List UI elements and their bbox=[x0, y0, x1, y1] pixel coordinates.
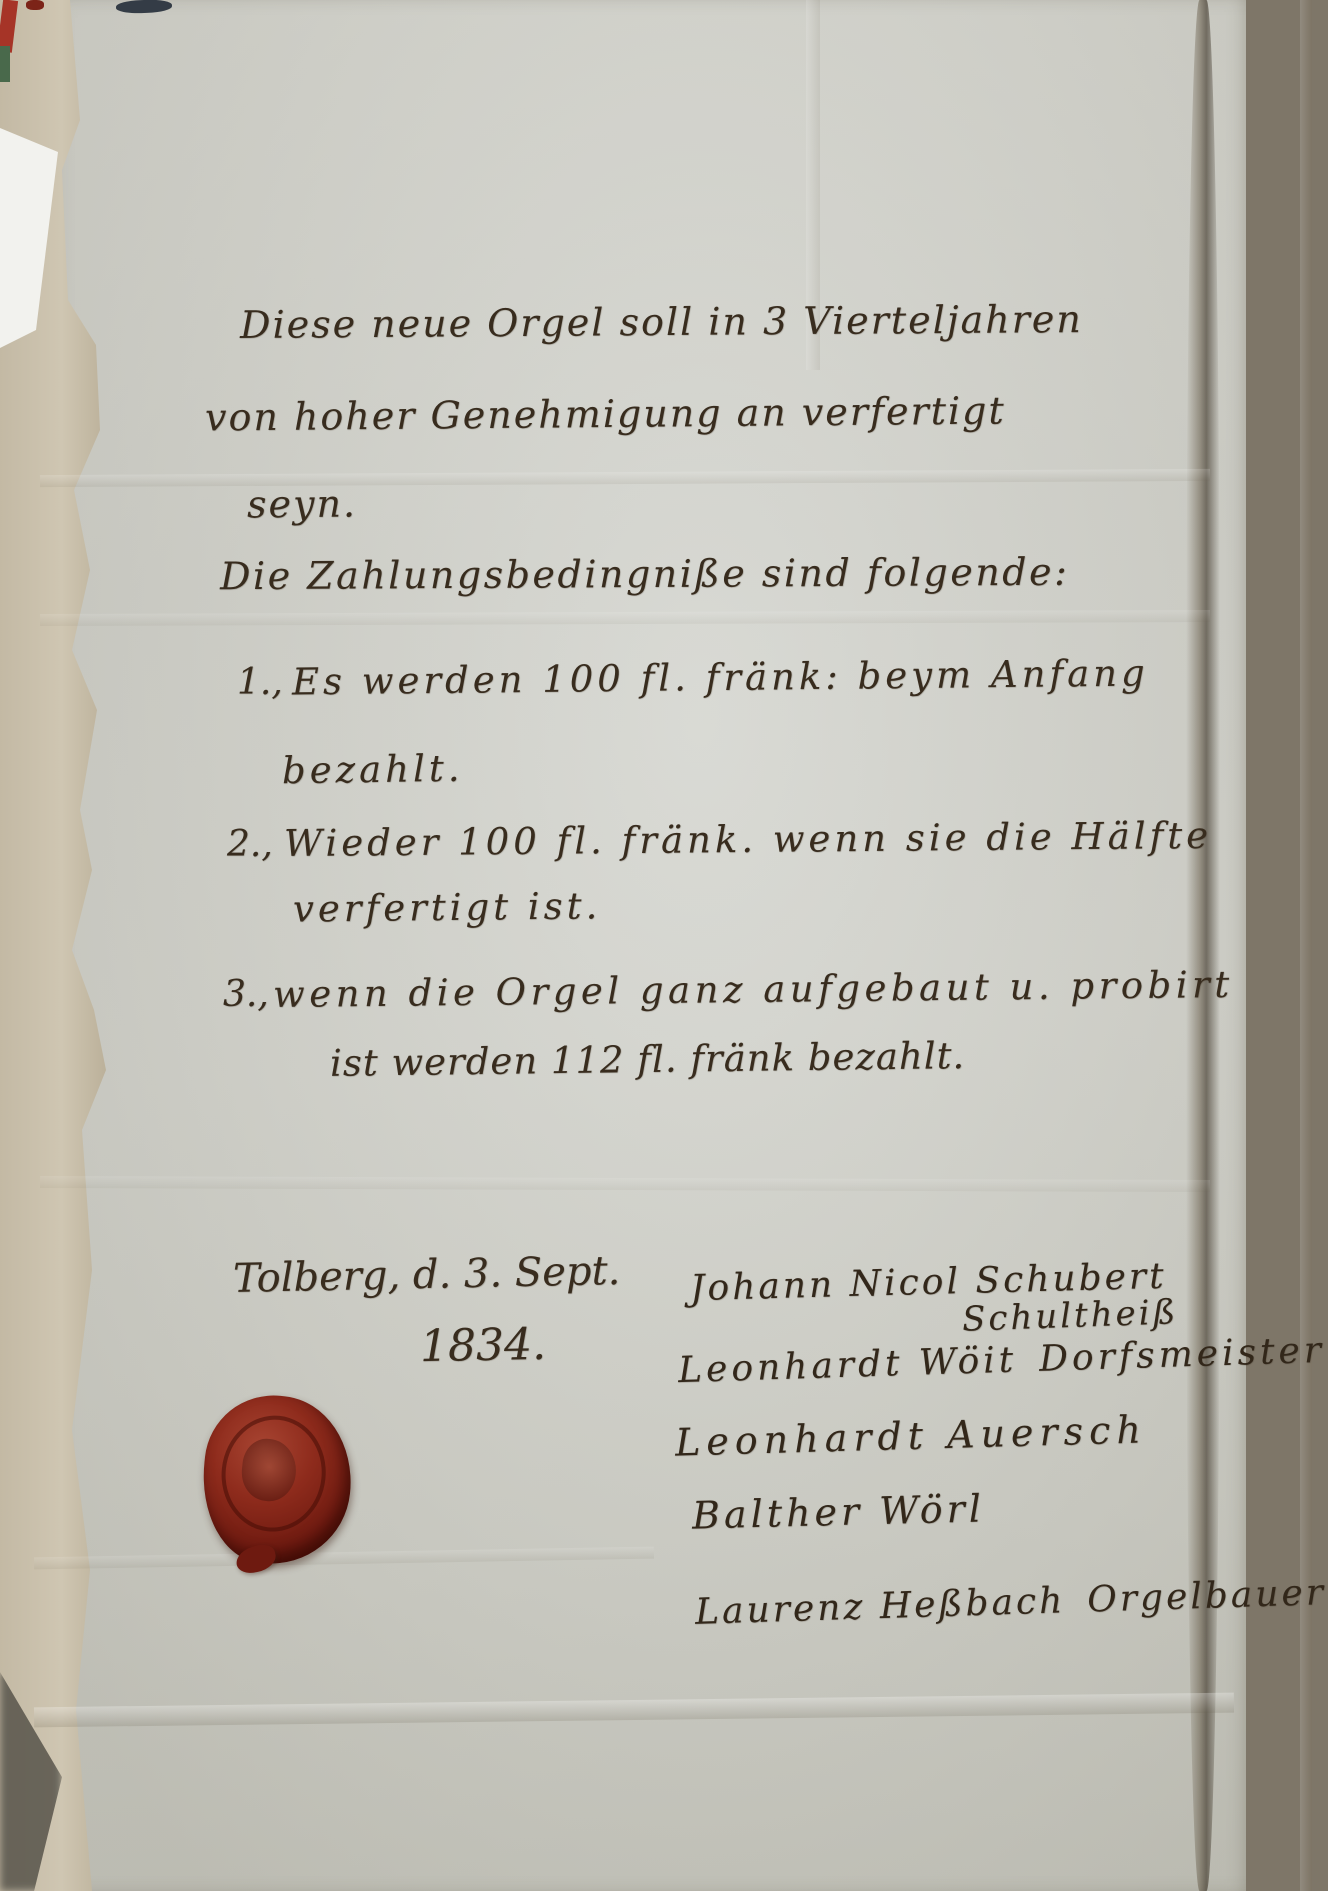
payment-item-line: ist werden 112 fl. fränk bezahlt. bbox=[330, 1034, 966, 1085]
paragraph-line: Diese neue Orgel soll in 3 Vierteljahren bbox=[240, 297, 1083, 347]
green-edge-mark bbox=[0, 46, 10, 82]
paragraph-line: von hoher Genehmigung an verfertigt bbox=[205, 389, 1006, 440]
payment-item-number: 2., bbox=[227, 824, 273, 865]
document-photo: Diese neue Orgel soll in 3 Vierteljahren… bbox=[0, 0, 1328, 1891]
signature-gap bbox=[1066, 1612, 1088, 1613]
signature-name: Balther Wörl bbox=[692, 1486, 986, 1537]
payment-item-number: 1., bbox=[237, 662, 283, 703]
paragraph-line: seyn. bbox=[247, 482, 357, 527]
signature-gap bbox=[1017, 1371, 1039, 1372]
payment-item-line: verfertigt ist. bbox=[293, 884, 602, 930]
payment-item-line: bezahlt. bbox=[282, 747, 464, 793]
maroon-edge-mark bbox=[26, 0, 44, 10]
conditions-heading: Die Zahlungsbedingniße sind folgende: bbox=[220, 550, 1070, 598]
dateline-place-date: Tolberg, d. 3. Sept. bbox=[233, 1248, 621, 1302]
dateline-year: 1834. bbox=[420, 1319, 547, 1372]
signature-title: Schultheiß bbox=[961, 1292, 1179, 1340]
payment-item-line: Wieder 100 fl. fränk. wenn sie die Hälft… bbox=[284, 814, 1212, 865]
payment-item-number: 3., bbox=[223, 974, 269, 1015]
payment-item-line: Es werden 100 fl. fränk: beym Anfang bbox=[292, 652, 1149, 704]
signature-title: Orgelbauer bbox=[1087, 1572, 1327, 1620]
